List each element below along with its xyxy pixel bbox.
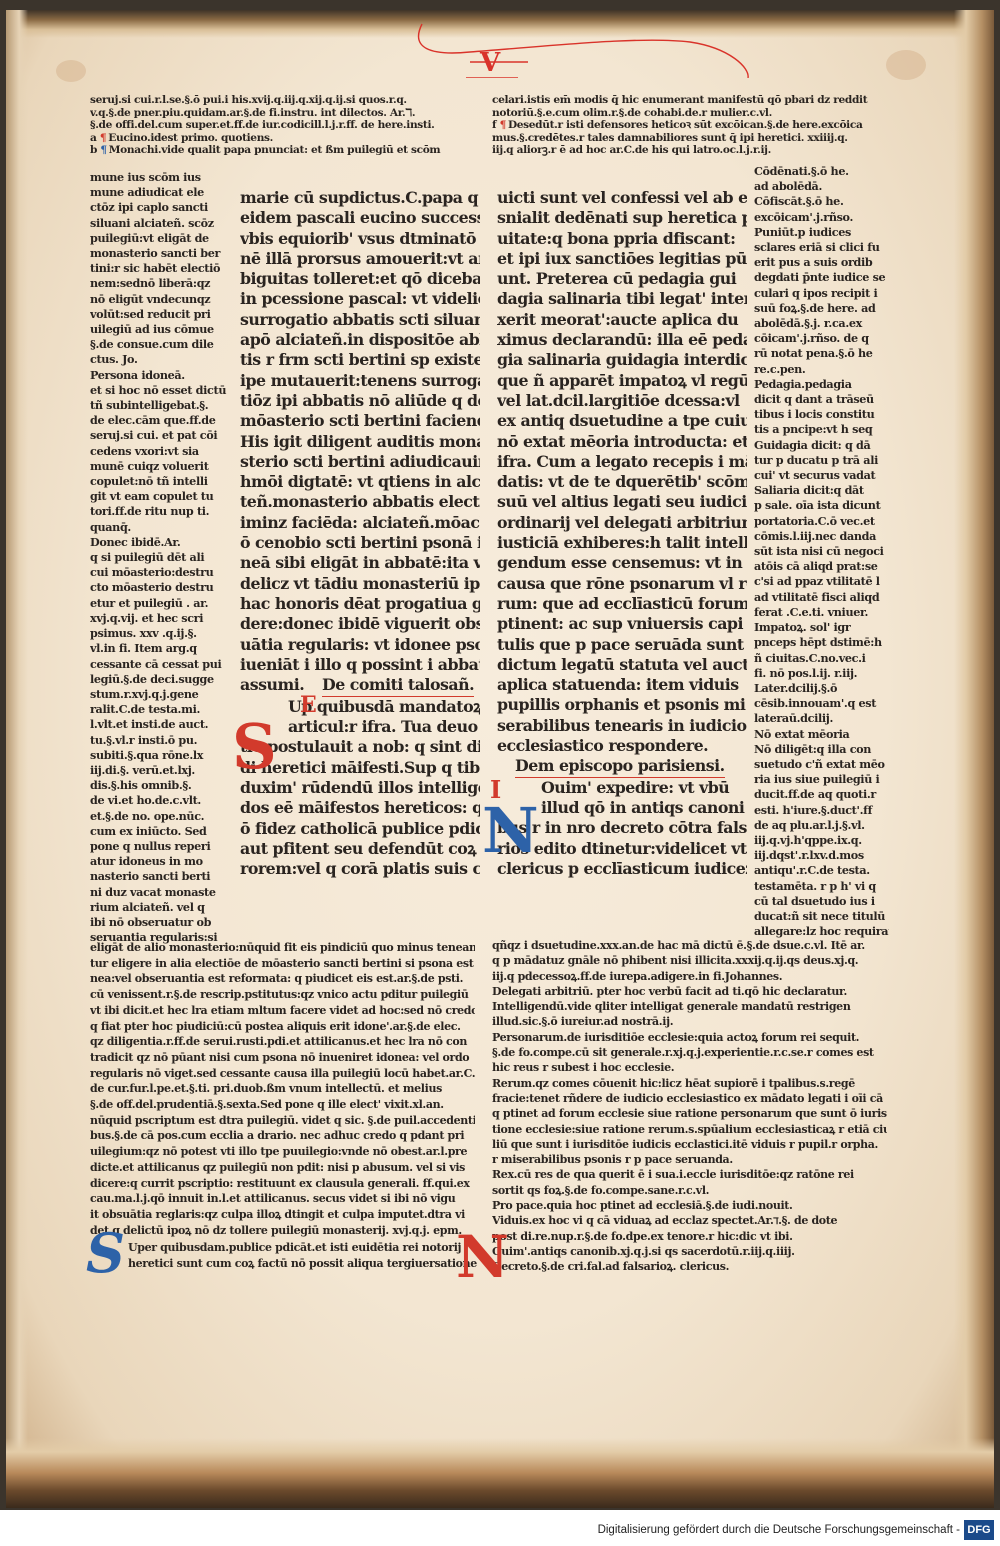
- gloss-line: tis a pncipe:vt h seq: [754, 422, 889, 437]
- gloss-line: eligāt de alio monasterio:nūquid fit eis…: [90, 940, 475, 956]
- gloss-line: legiū.§.de deci.sugge: [90, 672, 230, 687]
- gloss-line: ctōz ipi caplo sancti: [90, 200, 230, 215]
- main-text-line: marie cū supdictus.C.papa q: [240, 188, 480, 208]
- gloss-line: psimus. xxv .q.ij.§.: [90, 626, 230, 641]
- gloss-line: dicte.et attilicanus qz puilegiū non pdi…: [90, 1160, 475, 1176]
- gloss-line: rium alciateñ. vel q: [90, 900, 230, 915]
- gloss-line: ctus. Jo.: [90, 352, 230, 367]
- gloss-line: Uper quibusdam.publice pdicāt.et isti eu…: [128, 1240, 478, 1256]
- gloss-line: cui' vt securus vadat: [754, 468, 889, 483]
- main-text-line: xerit meorat':aucte aplica du: [497, 310, 747, 330]
- gloss-line: cōmis.l.iij.nec danda: [754, 529, 889, 544]
- main-text-line: tis r frm scti bertini sp existere: [240, 350, 480, 370]
- gloss-line: p sale. oīa ista dicunt: [754, 498, 889, 513]
- gloss-line: uilegium:qz nō potest vti illo tpe puuil…: [90, 1144, 475, 1160]
- gloss-line: sclares eriā si clici fu: [754, 240, 889, 255]
- gloss-line: ducat:ñ sit nece titulū: [754, 909, 889, 924]
- main-text-line: rum: que ad ecclīasticū forum: [497, 594, 747, 614]
- gloss-line: testamēta. r p h' vi q: [754, 879, 889, 894]
- main-text-line: surrogatio abbatis scti siluani: [240, 310, 480, 330]
- main-text-line: et ipi iux sanctiōes legitias pūi: [497, 249, 747, 269]
- gloss-line: xvj.q.vij. et hec scri: [90, 611, 230, 626]
- main-text-line: snialit dedēnati sup heretica pra: [497, 208, 747, 228]
- gloss-line: Persona idoneā.: [90, 368, 230, 383]
- gloss-left-column: mune ius scōm iusmune adiudicat electōz …: [90, 170, 230, 945]
- main-text-line: eidem pascali eucino successit:: [240, 208, 480, 228]
- main-text-line: ptinent: ac sup vniuersis capi: [497, 614, 747, 634]
- red-initial-S: S: [232, 716, 277, 778]
- gloss-line: tini:r sic habēt electiō: [90, 261, 230, 276]
- gloss-line: suetudo c'ñ extat mēo: [754, 757, 889, 772]
- gloss-line: vl.in fi. Item arg.q: [90, 641, 230, 656]
- gloss-line: mune adiudicat ele: [90, 185, 230, 200]
- gloss-line: seruj.si cui. et pat cōi: [90, 428, 230, 443]
- rubric-initial-E: E: [300, 694, 317, 716]
- gloss-line: Guidagia dicit: q dā: [754, 438, 889, 453]
- gloss-line: Pro pace.quia hoc ptinet ad ecclesiā.§.d…: [492, 1198, 887, 1213]
- decretal-line: rorem:vel q corā platis suis cō: [240, 859, 480, 879]
- main-text-line: serabilibus tenearis in iudicio: [497, 716, 747, 736]
- gloss-line: rū notat pena.§.ō he: [754, 346, 889, 361]
- blue-initial-S: S: [86, 1226, 125, 1280]
- gloss-line: tñ subintelligebat.§.: [90, 398, 230, 413]
- main-text-line: nō extat mēoria introducta: et: [497, 432, 747, 452]
- gloss-line: pnceps hēpt dstimē:h: [754, 635, 889, 650]
- gloss-line: cū tal dsuetudo ius i: [754, 894, 889, 909]
- gloss-bottom-left: eligāt de alio monasterio:nūquid fit eis…: [90, 940, 475, 1238]
- gloss-line: a ¶Eucino.idest primo. quotiens.: [90, 132, 475, 145]
- gloss-line: Viduis.ex hoc vi q cā viduaꝝ ad ecclaz s…: [492, 1213, 887, 1228]
- gloss-line: v.q.§.de pner.piu.quidam.ar.§.de fi.inst…: [90, 107, 475, 120]
- gloss-line: puilegiū:vt eligāt de: [90, 231, 230, 246]
- gloss-line: Rerum.qz comes cōuenit hic:licz hēat sup…: [492, 1076, 887, 1091]
- gloss-line: git vt eam copulet tu: [90, 489, 230, 504]
- main-text-line: ecclesiastico respondere.: [497, 736, 747, 756]
- main-text-line: ximus declarandū: illa eē peda: [497, 330, 747, 350]
- gloss-line: iij.di.§. verū.et.lxj.: [90, 763, 230, 778]
- main-text-line: tiōz ipi abbatis nō aliūde q de: [240, 391, 480, 411]
- main-text-line: vel lat.dcil.largitiōe dcessa:vl: [497, 391, 747, 411]
- gloss-line: illud.sic.§.ō iureiur.ad nostrā.ij.: [492, 1014, 887, 1029]
- gloss-line: q p mādatuz gnāle nō phibent nisi illici…: [492, 953, 887, 968]
- foliation: V: [410, 18, 750, 78]
- folio-number: V: [480, 50, 500, 76]
- blue-initial-N: N: [482, 800, 539, 862]
- gloss-line: Donec ibidē.Ar.: [90, 535, 230, 550]
- decretal-line: aut pfitent seu defendūt coꝝ er: [240, 839, 480, 859]
- main-text-line: aplica statuenda: item viduis: [497, 675, 747, 695]
- gloss-line: mus.§.credētes.r tales damnabiliores sun…: [492, 132, 887, 145]
- gloss-line: culari q ipos recipit i: [754, 286, 889, 301]
- gloss-line: nem:sednō liberā:qz: [90, 276, 230, 291]
- gloss-line: heretici sunt cum coꝝ factū nō possit al…: [128, 1256, 478, 1272]
- paragraph-mark-icon: ¶: [100, 132, 106, 145]
- gloss-line: iij.q.vj.h'qppe.ix.q.: [754, 833, 889, 848]
- main-text-line: dagia salinaria tibi legat' interdi: [497, 289, 747, 309]
- main-text-line: suū vel altius legati seu iudicis: [497, 492, 747, 512]
- main-text-line: uātia regularis: vt idonee psone: [240, 635, 480, 655]
- main-text-line: sterio scti bertini adiudicauim': [240, 452, 480, 472]
- gloss-line: mune ius scōm ius: [90, 170, 230, 185]
- main-text-line: uicti sunt vel confessi vel ab eis: [497, 188, 747, 208]
- gloss-line: ad abolēdā.: [754, 179, 889, 194]
- gloss-line: antiqu'.r.C.de testa.: [754, 863, 889, 878]
- gloss-line: lateraū.dcilij.: [754, 711, 889, 726]
- gloss-line: ferat .C.e.ti. vniuer.: [754, 605, 889, 620]
- main-text-line: pupillis orphanis et psonis mi: [497, 695, 747, 715]
- foliation-flourish-icon: [410, 18, 750, 78]
- decretal-line: dos eē māifestos hereticos: qui: [240, 798, 480, 818]
- main-text-line: apō alciateñ.in dispositōe abba: [240, 330, 480, 350]
- gloss-line: b ¶Monachi.vide qualit papa pnunciat: et…: [90, 144, 475, 157]
- gloss-line: de cur.fur.l.pe.et.§.ti. pri.duob.ßm vnu…: [90, 1081, 475, 1097]
- gloss-line: de elec.cām que.ff.de: [90, 413, 230, 428]
- gloss-line: ad vtilitatē fisci aliqd: [754, 590, 889, 605]
- gloss-line: dicere:q currit pscriptio: restituunt ex…: [90, 1176, 475, 1192]
- gloss-line: l.vlt.et insti.de auct.: [90, 717, 230, 732]
- dfg-logo-icon: DFG: [964, 1520, 994, 1540]
- gloss-line: stum.r.xvj.q.j.gene: [90, 687, 230, 702]
- gloss-line: et.§.de no. ope.nūc.: [90, 809, 230, 824]
- gloss-line: tur p ducatu p trā ali: [754, 453, 889, 468]
- main-text-line: dictum legatū statuta vel aucte: [497, 655, 747, 675]
- gloss-line: ria ius siue puilegiū i: [754, 772, 889, 787]
- funding-credit: Digitalisierung gefördert durch die Deut…: [598, 1524, 960, 1536]
- gloss-line: det q delictū ipoꝝ nō dz tollere puilegi…: [90, 1223, 475, 1239]
- gloss-line: Rex.cū res de qua querit ē i sua.i.eccle…: [492, 1167, 887, 1182]
- gloss-line: uilegiū ad ius cōmue: [90, 322, 230, 337]
- main-text-line: unt. Preterea cū pedagia gui: [497, 269, 747, 289]
- gloss-line: ralit.C.de testa.mi.: [90, 702, 230, 717]
- right-edge-damage: [954, 10, 994, 1508]
- main-text-line: iminz faciēda: alciateñ.mōachi: [240, 513, 480, 533]
- gloss-line: §.de off.del.prudentiā.§.sexta.Sed pone …: [90, 1097, 475, 1113]
- gloss-line: ñ ciuitas.C.no.vec.i: [754, 651, 889, 666]
- gloss-line: q si puilegiū dēt ali: [90, 550, 230, 565]
- gloss-line: excōicam'.j.rñso.: [754, 210, 889, 225]
- gloss-line: dis.§.his omnib.§.: [90, 778, 230, 793]
- gloss-line: Delegati arbitriū. pter hoc verbū facit …: [492, 984, 887, 999]
- paragraph-mark-icon: ¶: [100, 144, 106, 157]
- main-text-line: ex antiq dsuetudine a tpe cuius: [497, 411, 747, 431]
- gloss-line: erit pus a suis ordib: [754, 255, 889, 270]
- rubric-heading: Dem episcopo parisiensi.: [497, 756, 747, 777]
- gloss-line: subiti.§.qua rōne.lx: [90, 748, 230, 763]
- gloss-line: tu.§.vl.r insti.ō pu.: [90, 733, 230, 748]
- gloss-line: Nō diligēt:q illa con: [754, 742, 889, 757]
- main-text-line: delicz vt tādiu monasteriū ipm: [240, 574, 480, 594]
- gloss-line: etur et puilegiū . ar.: [90, 596, 230, 611]
- main-text-line: His igit diligent auditis mona: [240, 432, 480, 452]
- main-text-line: que ñ apparēt impatoꝝ vl regū: [497, 371, 747, 391]
- main-text-line: datis: vt de te dquerētib' scōm: [497, 472, 747, 492]
- red-initial-N: N: [456, 1228, 509, 1286]
- gloss-line: suū foꝝ.§.de here. ad: [754, 301, 889, 316]
- main-text-line: nē illā prorsus amouerit:vt am: [240, 249, 480, 269]
- main-text-line: gendum esse censemus: vt in oī: [497, 553, 747, 573]
- gloss-line: Personarum.de iurisditiōe ecclesie:quia …: [492, 1030, 887, 1045]
- main-text-line: uitate:q bona ppria dfiscant:: [497, 229, 747, 249]
- gloss-line: siluani alciateñ. scōz: [90, 216, 230, 231]
- gloss-line: fi. nō pos.l.ij. r.iij.: [754, 666, 889, 681]
- gloss-line: liū que sunt i iurisditōe iudicis ecclas…: [492, 1137, 887, 1152]
- gloss-line: volūt:sed reducit pri: [90, 307, 230, 322]
- gloss-line: cessante cā cessat pui: [90, 657, 230, 672]
- gloss-line: tibus i locis constitu: [754, 407, 889, 422]
- left-edge-shading: [6, 10, 28, 1508]
- gloss-line: degdati p̄nte iudice se: [754, 270, 889, 285]
- gloss-line: iij.dqst'.r.lxv.d.mos: [754, 848, 889, 863]
- gloss-line: r miserabilibus psonis r p pace seruanda…: [492, 1152, 887, 1167]
- gloss-line: re.c.pen.: [754, 362, 889, 377]
- gloss-line: atōis cā aliqd prat:se: [754, 559, 889, 574]
- gloss-line: regularis nō viget.sed cessante causa il…: [90, 1066, 475, 1082]
- gloss-line: hic reus r subest i hoc ecclesie.: [492, 1060, 887, 1075]
- gloss-line: quanq̄.: [90, 520, 230, 535]
- gloss-line: pone q nullus reperi: [90, 839, 230, 854]
- gloss-line: vt ibi dicit.et hec lra etiam mltum face…: [90, 1003, 475, 1019]
- gloss-line: tori.ff.de ritu nup ti.: [90, 504, 230, 519]
- main-text-line: hac honoris dēat progatiua gau: [240, 594, 480, 614]
- credit-bar: Digitalisierung gefördert durch die Deut…: [0, 1510, 1000, 1546]
- main-text-line: iueniāt i illo q possint i abbatē: [240, 655, 480, 675]
- gloss-line: nasterio sancti berti: [90, 869, 230, 884]
- paragraph-mark-icon: ¶: [500, 119, 506, 132]
- gloss-line: tione ecclesie:siue ratione rerum.s.spūa…: [492, 1122, 887, 1137]
- gloss-line: Ouim'.antiqs canonib.xj.q.j.si qs sacerd…: [492, 1244, 887, 1259]
- gloss-line: Intelligendū.vide qliter intelligat gene…: [492, 999, 887, 1014]
- gloss-line: post di.re.nup.r.§.de fo.dpe.ex tenore.r…: [492, 1229, 887, 1244]
- gloss-line: tradicit qz nō pūant nisi cum psona nō i…: [90, 1050, 475, 1066]
- gloss-top-right: celari.istis em̄ modis q̄ hic enumerant …: [492, 94, 887, 157]
- main-text-line: ipe mutauerit:tenens surroga: [240, 371, 480, 391]
- main-text-line: ō cenobio scti bertini psonā ido: [240, 533, 480, 553]
- gloss-line: §.de fo.compe.cū sit generale.r.xj.q.j.e…: [492, 1045, 887, 1060]
- gloss-line: Pedagia.pedagia: [754, 377, 889, 392]
- gloss-line: q ptinet ad forum ecclesie siue ratione …: [492, 1106, 887, 1121]
- gloss-line: §.de offi.del.cum super.et.ff.de iur.cod…: [90, 119, 475, 132]
- main-text-line: iusticiā exhiberes:h talit intelli: [497, 533, 747, 553]
- main-text-line: gia salinaria guidagia interdicta: [497, 350, 747, 370]
- gloss-top-left: seruj.si cui.r.l.se.§.ō pui.i his.xvij.q…: [90, 94, 475, 157]
- gloss-line: atur idoneus in mo: [90, 854, 230, 869]
- gloss-right-column: Cōdēnati.§.ō he.ad abolēdā.Cōfiscāt.§.ō …: [754, 164, 889, 939]
- gloss-line: sūt ista nisi cū negoci: [754, 544, 889, 559]
- main-text-line: dere:donec ibidē viguerit obser: [240, 614, 480, 634]
- gloss-line: cui mōasterio:destru: [90, 565, 230, 580]
- gloss-line: de aq plu.ar.l.j.§.vl.: [754, 818, 889, 833]
- gloss-line: Cōdēnati.§.ō he.: [754, 164, 889, 179]
- gloss-line: Cōfiscāt.§.ō he.: [754, 194, 889, 209]
- gloss-line: abolēdā.§.j. r.ca.ex: [754, 316, 889, 331]
- gloss-line: celari.istis em̄ modis q̄ hic enumerant …: [492, 94, 887, 107]
- gloss-line: munē cuiqz voluerit: [90, 459, 230, 474]
- gloss-line: Nō extat mēoria: [754, 727, 889, 742]
- main-text-line: vbis equiorib' vsus dtminatō: [240, 229, 480, 249]
- gloss-line: cōicam'.j.rñso. de q: [754, 331, 889, 346]
- main-text-line: ifra. Cum a legato recepis i mā: [497, 452, 747, 472]
- gloss-line: ducit.ff.de aq quoti.r: [754, 787, 889, 802]
- gloss-line: f ¶Desedūt.r isti defensores heticoꝛ sūt…: [492, 119, 887, 132]
- gloss-line: iij.q aliorꝫ.r ē ad hoc ar.C.de his qui …: [492, 144, 887, 157]
- main-text-line: tulis que p pace seruāda sunt p: [497, 635, 747, 655]
- main-text-line: biguitas tolleret:et qō dicebat: [240, 269, 480, 289]
- main-text-column-2: uicti sunt vel confessi vel ab eissniali…: [497, 188, 747, 879]
- gloss-line: §.de consue.cum dile: [90, 337, 230, 352]
- gloss-line: q fiat pter hoc piudiciū:cū postea aliqu…: [90, 1019, 475, 1035]
- main-text-line: causa que rōne psonarum vl re: [497, 574, 747, 594]
- gloss-line: cēsib.innouam'.q est: [754, 696, 889, 711]
- gloss-line: cedens vxori:vt sia: [90, 444, 230, 459]
- main-text-line: in pcessione pascal: vt videlicet: [240, 289, 480, 309]
- gloss-line: sortit qs foꝝ.§.de fo.compe.sane.r.c.vl.: [492, 1183, 887, 1198]
- main-text-line: neā sibi eligāt in abbatē:ita vi: [240, 553, 480, 573]
- gloss-line: fracie:tenet rñdere de iudicio ecclesias…: [492, 1091, 887, 1106]
- gloss-line: Later.dcilij.§.ō: [754, 681, 889, 696]
- gloss-line: it obsuātia reglaris:qz culpa illoꝝ dtin…: [90, 1207, 475, 1223]
- gloss-line: Puniūt.p iudices: [754, 225, 889, 240]
- main-text-line: mōasterio scti bertini faciendā.: [240, 411, 480, 431]
- gloss-line: copulet:nō tñ intelli: [90, 474, 230, 489]
- gloss-line: de vi.et ho.de.c.vlt.: [90, 793, 230, 808]
- gloss-line: ibi nō obseruatur ob: [90, 915, 230, 930]
- main-text-line: hmōi digtatē: vt qtiens in alcia: [240, 472, 480, 492]
- main-text-line: ordinarij vel delegati arbitrium: [497, 513, 747, 533]
- decretal-line: ō fidez catholicā publice pdicāt: [240, 819, 480, 839]
- gloss-line: Decreto.§.de cri.fal.ad falsarioꝝ. cleri…: [492, 1259, 887, 1274]
- gloss-line: nūquid pscriptum est dtra puilegiū. vide…: [90, 1113, 475, 1129]
- gloss-line: iij.q pdecessoꝝ.ff.de iurepa.adigere.in …: [492, 969, 887, 984]
- gloss-line: portatoria.C.ō vec.et: [754, 514, 889, 529]
- gloss-line: nō eligūt vndecunqz: [90, 292, 230, 307]
- gloss-line: nea:vel obseruantia est reformata: q piu…: [90, 971, 475, 987]
- stain: [886, 50, 926, 80]
- gloss-line: qñqz i dsuetudine.xxx.an.de hac mā dictū…: [492, 938, 887, 953]
- gloss-line: cum ex iniūcto. Sed: [90, 824, 230, 839]
- gloss-line: notoriū.§.e.cum olim.r.§.de cohabi.de.r …: [492, 107, 887, 120]
- gloss-line: cto mōasterio destru: [90, 580, 230, 595]
- gloss-line: c'si ad ppaz vtilitatē l: [754, 574, 889, 589]
- main-text-line: teñ.monasterio abbatis electio: [240, 492, 480, 512]
- gloss-line: Saliaria dicit:q dāt: [754, 483, 889, 498]
- gloss-line: seruj.si cui.r.l.se.§.ō pui.i his.xvij.q…: [90, 94, 475, 107]
- gloss-line: esti. h'iure.§.duct'.ff: [754, 803, 889, 818]
- gloss-line: qz diligentia.r.ff.de serui.rusti.pdi.et…: [90, 1034, 475, 1050]
- gloss-line: ni duz vacat monaste: [90, 885, 230, 900]
- gloss-line: dicit q dant a trāseū: [754, 392, 889, 407]
- stain: [56, 60, 86, 82]
- gloss-line: Impatoꝝ. sol' igr: [754, 620, 889, 635]
- gloss-line: et si hoc nō esset dictū: [90, 383, 230, 398]
- gloss-line: tur eligere in alia electiōe de mōasteri…: [90, 956, 475, 972]
- bottom-edge-damage: [6, 1438, 994, 1508]
- gloss-line: cū venissent.r.§.de rescrip.pstitutus:qz…: [90, 987, 475, 1003]
- gloss-line: bus.§.de cā pos.cum ecclia a drario. nec…: [90, 1128, 475, 1144]
- gloss-line: cau.ma.l.j.qō innuit in.l.et attilicanus…: [90, 1191, 475, 1207]
- gloss-bottom-left-closing: Uper quibusdam.publice pdicāt.et isti eu…: [128, 1240, 478, 1271]
- gloss-bottom-right: qñqz i dsuetudine.xxx.an.de hac mā dictū…: [492, 938, 887, 1275]
- gloss-line: monasterio sancti ber: [90, 246, 230, 261]
